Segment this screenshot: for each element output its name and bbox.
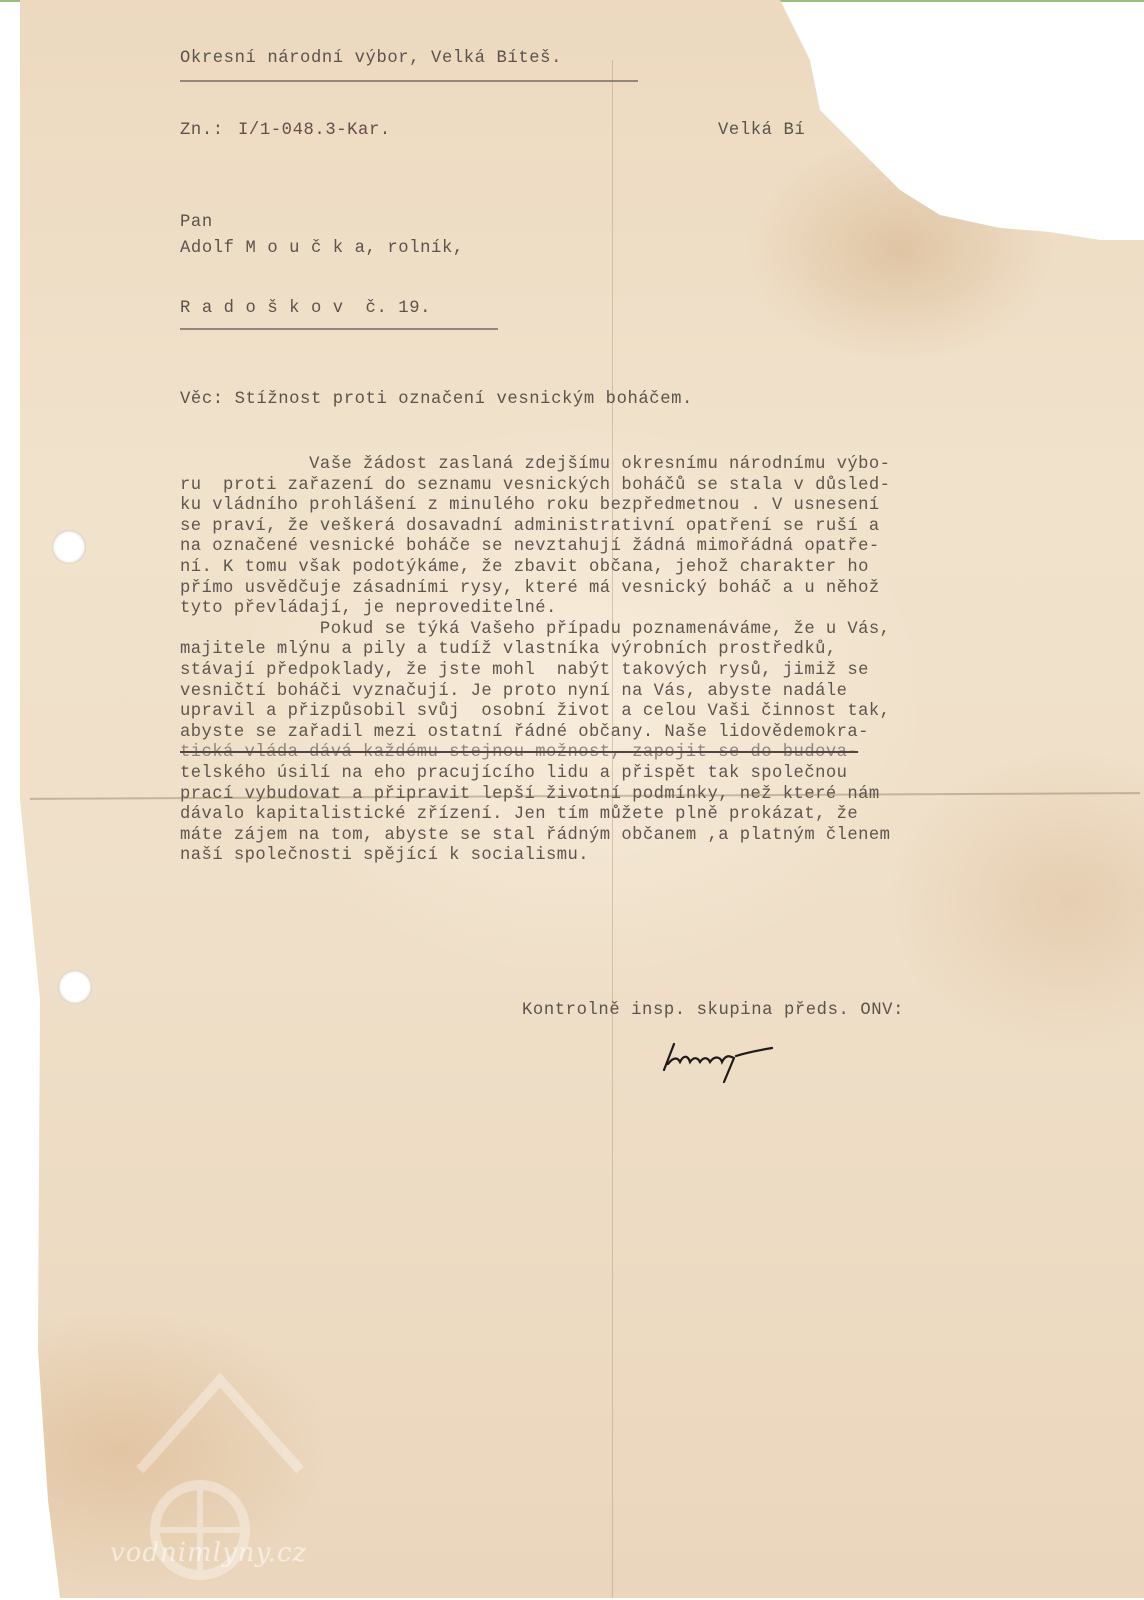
place-header: Velká Bí (718, 122, 805, 139)
recipient-salutation: Pan (180, 214, 213, 231)
body-line: máte zájem na tom, abyste se stal řádným… (180, 827, 890, 844)
body-line: majitele mlýnu a pily a tudíž vlastníka … (180, 641, 837, 658)
punch-hole (58, 970, 92, 1004)
body-line: abyste se zařadil mezi ostatní řádné obč… (180, 724, 869, 741)
body-line: se praví, že veškerá dosavadní administr… (180, 518, 880, 535)
body-line: ru proti zařazení do seznamu vesnických … (180, 477, 890, 494)
recipient-address: R a d o š k o v č. 19. (180, 300, 431, 317)
body-line: tická vláda dává každému stejnou možnost… (180, 744, 858, 761)
body-line: na označené vesnické boháče se nevztahuj… (180, 538, 880, 555)
reference-number: I/1-048.3-Kar. (238, 122, 391, 139)
letterhead: Okresní národní výbor, Velká Bíteš. (180, 50, 562, 67)
body-line: telského úsilí na eho pracujícího lidu a… (180, 765, 847, 782)
recipient-name: Adolf M o u č k a, rolník, (180, 240, 464, 257)
handwritten-signature (660, 1034, 780, 1084)
letterhead-underline (180, 80, 638, 82)
punch-hole (52, 530, 86, 564)
body-line: přímo usvědčuje zásadními rysy, které má… (180, 580, 880, 597)
address-underline (180, 328, 498, 330)
reference-label: Zn.: (180, 122, 224, 139)
watermark-text: vodnimlyny.cz (110, 1538, 307, 1568)
body-line: Vaše žádost zaslaná zdejšímu okresnímu n… (180, 456, 890, 473)
body-line: Pokud se týká Vašeho případu poznamenává… (180, 621, 890, 638)
subject-line: Věc: Stížnost proti označení vesnickým b… (180, 391, 693, 408)
body-line: tyto převládají, je neproveditelné. (180, 600, 557, 617)
body-line: ní. K tomu však podotýkáme, že zbavit ob… (180, 559, 869, 576)
body-line: prací vybudovat a připravit lepší životn… (180, 786, 880, 803)
body-line: stávají předpoklady, že jste mohl nabýt … (180, 662, 869, 679)
body-line: naší společnosti spějící k socialismu. (180, 847, 589, 864)
body-line: ku vládního prohlášení z minulého roku b… (180, 497, 880, 514)
body-line: dávalo kapitalistické zřízení. Jen tím m… (180, 806, 858, 823)
signature-block: Kontrolně insp. skupina předs. ONV: (522, 1002, 904, 1019)
body-line: vesničtí boháči vyznačují. Je proto nyní… (180, 683, 847, 700)
body-line: upravil a přizpůsobil svůj osobní život … (180, 703, 890, 720)
